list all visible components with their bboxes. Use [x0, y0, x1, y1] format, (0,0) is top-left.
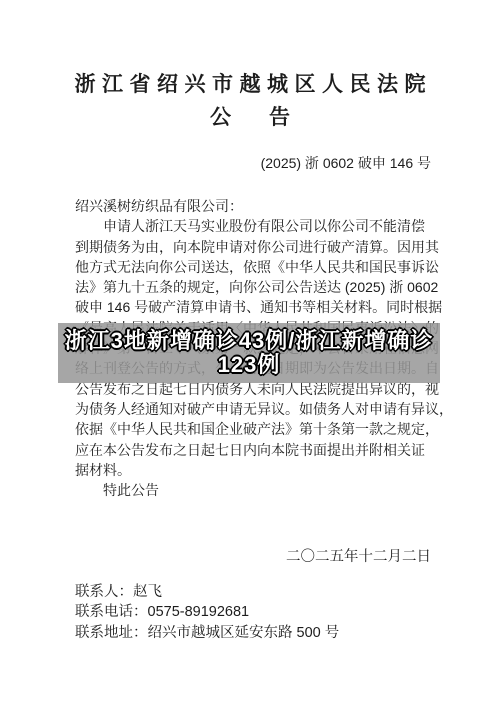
announcement-date: 二〇二五年十二月二日 — [75, 545, 431, 566]
document-type-title: 公告 — [0, 101, 500, 131]
case-number: (2025) 浙 0602 破申 146 号 — [75, 153, 431, 173]
body-line: 应在本公告发布之日起七日内向本院书面提出并附相关证 — [75, 440, 433, 460]
contact-phone: 联系电话：0575-89192681 — [75, 602, 339, 622]
body-line: 到期债务为由，向本院申请对你公司进行破产清算。因用其 — [75, 237, 433, 257]
court-name-title: 浙江省绍兴市越城区人民法院 — [0, 68, 500, 98]
body-line: 依据《中华人民共和国企业破产法》第十条第一款之规定， — [75, 419, 433, 439]
news-caption-line2: 123例 — [218, 353, 281, 377]
body-line: 申请人浙江天马实业股份有限公司以你公司不能清偿 — [75, 216, 433, 236]
closing-line: 特此公告 — [75, 480, 433, 500]
news-caption-line1: 浙江3地新增确诊43例/浙江新增确诊 — [65, 329, 434, 353]
contact-info: 联系人：赵飞 联系电话：0575-89192681 联系地址：绍兴市越城区延安东… — [75, 582, 339, 643]
announcement-page: 浙江省绍兴市越城区人民法院 公告 (2025) 浙 0602 破申 146 号 … — [0, 0, 500, 706]
news-caption-banner: 浙江3地新增确诊43例/浙江新增确诊 123例 — [58, 323, 440, 383]
contact-person: 联系人：赵飞 — [75, 582, 339, 602]
body-line: 据材料。 — [75, 460, 433, 480]
body-line: 法》第九十五条的规定，向你公司公告送达 (2025) 浙 0602 — [75, 277, 433, 297]
body-line: 为债务人经通知对破产申请无异议。如债务人对申请有异议， — [75, 399, 433, 419]
body-line: 他方式无法向你公司送达，依照《中华人民共和国民事诉讼 — [75, 257, 433, 277]
body-line: 破申 146 号破产清算申请书、通知书等相关材料。同时根据 — [75, 297, 433, 317]
contact-address: 联系地址：绍兴市越城区延安东路 500 号 — [75, 623, 339, 643]
addressee-line: 绍兴溪树纺织品有限公司： — [75, 196, 433, 216]
